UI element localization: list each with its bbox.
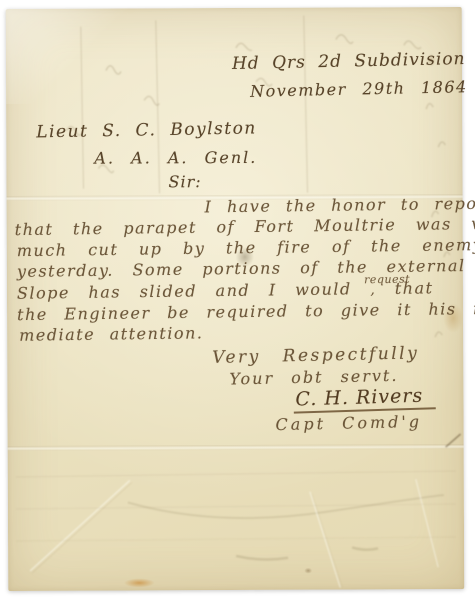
signature-name: C. H. Rivers <box>293 384 435 413</box>
bottom-orange-stain <box>124 578 154 587</box>
closing-line-2: Your obt servt. <box>229 366 398 389</box>
salutation: Sir: <box>168 172 201 191</box>
recipient-title: A. A. A. Genl. <box>94 148 257 168</box>
corner-crease <box>6 8 136 104</box>
body-line-7: mediate attention. <box>19 323 203 344</box>
body-line-1: I have the honor to report <box>204 194 475 217</box>
recipient-name: Lieut S. C. Boylston <box>36 118 257 142</box>
inserted-word-group: request, <box>370 279 376 298</box>
body-line-5: Slope has slided and I would request, th… <box>17 278 434 302</box>
closing-line-1: Very Respectfully <box>212 343 419 368</box>
inserted-word: request <box>364 273 410 287</box>
fold-line-lower <box>8 444 464 451</box>
heading-date: November 29th 1864 <box>250 77 468 101</box>
letter-paper: Hd Qrs 2d Subdivision November 29th 1864… <box>6 7 465 591</box>
signature-title: Capt Comd'g <box>275 412 422 434</box>
body-line-6: the Engineer be required to give it his … <box>17 299 475 324</box>
bottom-speck-stain <box>304 568 312 574</box>
heading-unit: Hd Qrs 2d Subdivision <box>232 49 466 74</box>
body-line-5-text: Slope has slided and I would <box>17 279 352 302</box>
